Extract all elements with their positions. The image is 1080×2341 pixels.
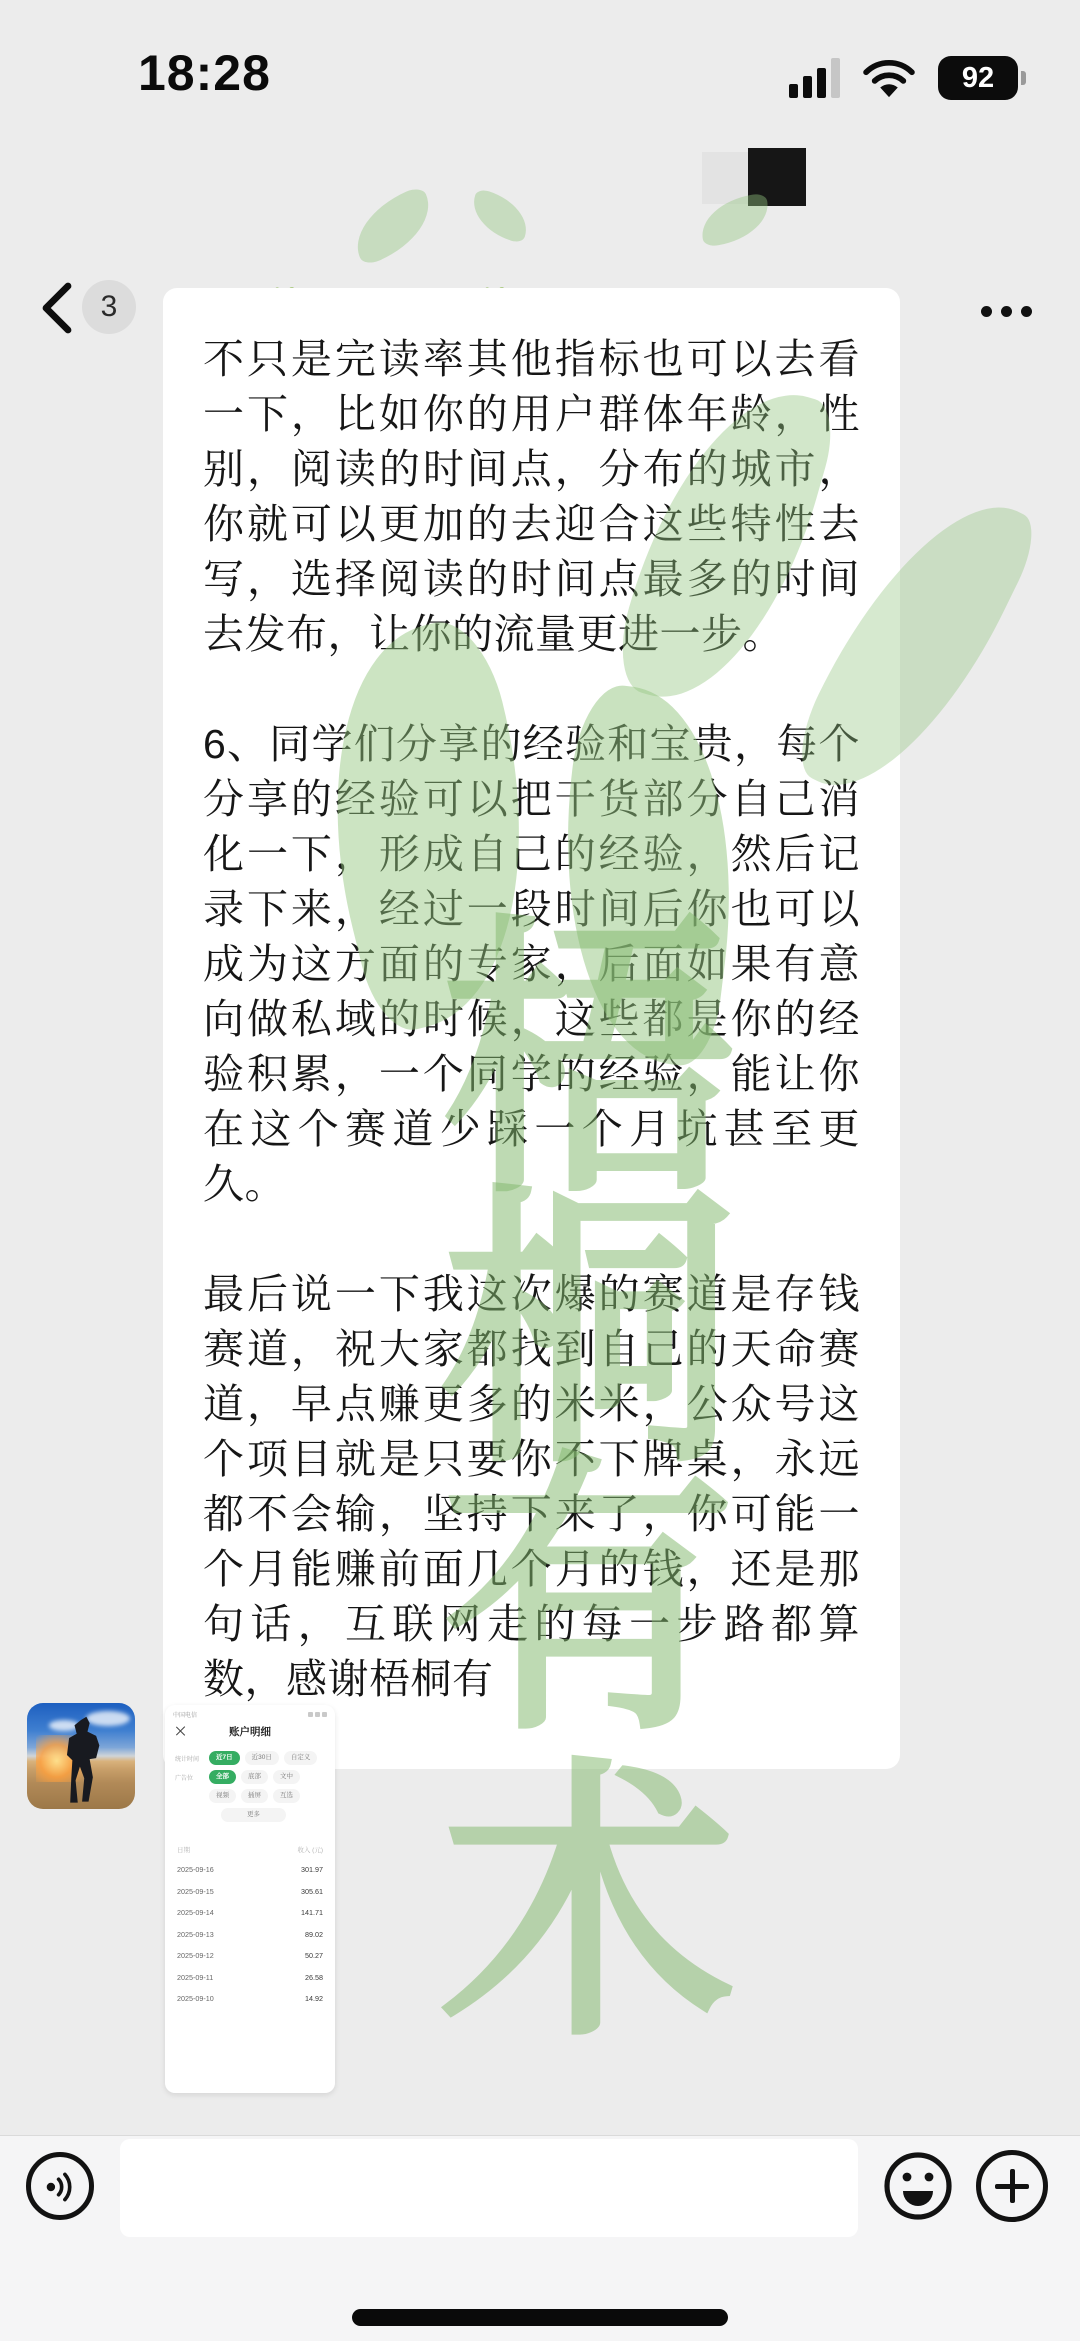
wifi-icon (862, 57, 916, 99)
nav-bar: 3 🍀梧桐有术🍀 (0, 120, 1080, 242)
message-bubble[interactable]: 不只是完读率其他指标也可以去看一下，比如你的用户群体年龄，性别，阅读的时间点，分… (163, 288, 900, 1769)
image-message-thumbnail[interactable]: 中国电信 账户明细 统计时间 近7日 近30日 自定义 广告位 全部 底部 文中… (165, 1705, 335, 2093)
table-row: 2025-09-16 301.97 (177, 1859, 323, 1881)
filter-pill: 视频 (209, 1789, 236, 1803)
message-input[interactable] (120, 2139, 858, 2237)
filter-pill: 插屏 (241, 1789, 268, 1803)
filter-label: 统计时间 (175, 1754, 209, 1763)
row-date: 2025-09-10 (177, 1994, 214, 2003)
redacted-block-dark (748, 148, 806, 206)
thumb-filters: 统计时间 近7日 近30日 自定义 广告位 全部 底部 文中 视频 插屏 互选 … (175, 1751, 325, 1827)
row-date: 2025-09-14 (177, 1908, 214, 1917)
voice-message-button[interactable] (26, 2152, 94, 2220)
redacted-block-light (702, 152, 748, 204)
row-value: 26.58 (305, 1973, 323, 1982)
filter-label: 广告位 (175, 1773, 209, 1782)
thumb-title: 账户明细 (165, 1724, 335, 1739)
emoji-button[interactable] (882, 2150, 954, 2222)
thumb-carrier: 中国电信 (173, 1710, 197, 1719)
filter-pill: 文中 (273, 1770, 300, 1784)
voice-wave-icon (39, 2166, 81, 2208)
filter-pill: 近30日 (245, 1751, 279, 1765)
filter-pill: 全部 (209, 1770, 236, 1784)
cloud (86, 1711, 129, 1726)
table-row: 2025-09-13 89.02 (177, 1924, 323, 1946)
row-value: 141.71 (301, 1908, 323, 1917)
thumb-header: 账户明细 (165, 1722, 335, 1742)
filter-pill: 自定义 (284, 1751, 318, 1765)
row-value: 14.92 (305, 1994, 323, 2003)
row-date: 2025-09-16 (177, 1865, 214, 1874)
row-date: 2025-09-11 (177, 1973, 213, 1982)
table-row: 2025-09-11 26.58 (177, 1967, 323, 1989)
thumb-status-bar: 中国电信 (173, 1710, 327, 1719)
table-row: 2025-09-15 305.61 (177, 1881, 323, 1903)
more-menu-icon[interactable] (981, 306, 1032, 317)
thumb-table: 2025-09-16 301.97 2025-09-15 305.61 2025… (177, 1859, 323, 2010)
col-income: 收入 (元) (297, 1845, 323, 1854)
back-chevron-icon[interactable] (36, 280, 76, 336)
message-paragraph: 不只是完读率其他指标也可以去看一下，比如你的用户群体年龄，性别，阅读的时间点，分… (203, 332, 860, 662)
thumb-table-header: 日期 收入 (元) (177, 1845, 323, 1854)
filter-pill: 近7日 (209, 1751, 240, 1765)
message-paragraph: 6、同学们分享的经验和宝贵，每个分享的经验可以把干货部分自己消化一下，形成自己的… (203, 717, 860, 1212)
battery-indicator: 92 (938, 56, 1018, 100)
row-value: 89.02 (305, 1930, 323, 1939)
filter-pill: 互选 (273, 1789, 300, 1803)
row-date: 2025-09-13 (177, 1930, 214, 1939)
row-value: 305.61 (301, 1887, 323, 1896)
col-date: 日期 (177, 1845, 190, 1854)
home-indicator (352, 2309, 728, 2326)
status-bar: 18:28 92 (0, 0, 1080, 120)
battery-percent: 92 (962, 62, 994, 95)
watermark-character: 术 (418, 1758, 758, 2058)
filter-pill: 底部 (241, 1770, 268, 1784)
plus-attachment-button[interactable] (976, 2150, 1048, 2222)
unread-count-badge[interactable]: 3 (82, 280, 136, 334)
clock: 18:28 (138, 44, 271, 102)
avatar[interactable] (27, 1703, 135, 1809)
cloud (49, 1720, 79, 1731)
chat-input-bar (0, 2135, 1080, 2341)
message-paragraph: 最后说一下我这次爆的赛道是存钱赛道，祝大家都找到自己的天命赛道，早点赚更多的米米… (203, 1267, 860, 1707)
row-value: 301.97 (301, 1865, 323, 1874)
thumb-status-icons (308, 1712, 327, 1717)
row-date: 2025-09-12 (177, 1951, 214, 1960)
cellular-signal-icon (789, 58, 840, 98)
filter-pill: 更多 (221, 1808, 286, 1822)
table-row: 2025-09-10 14.92 (177, 1988, 323, 2010)
row-date: 2025-09-15 (177, 1887, 214, 1896)
table-row: 2025-09-12 50.27 (177, 1945, 323, 1967)
row-value: 50.27 (305, 1951, 323, 1960)
table-row: 2025-09-14 141.71 (177, 1902, 323, 1924)
